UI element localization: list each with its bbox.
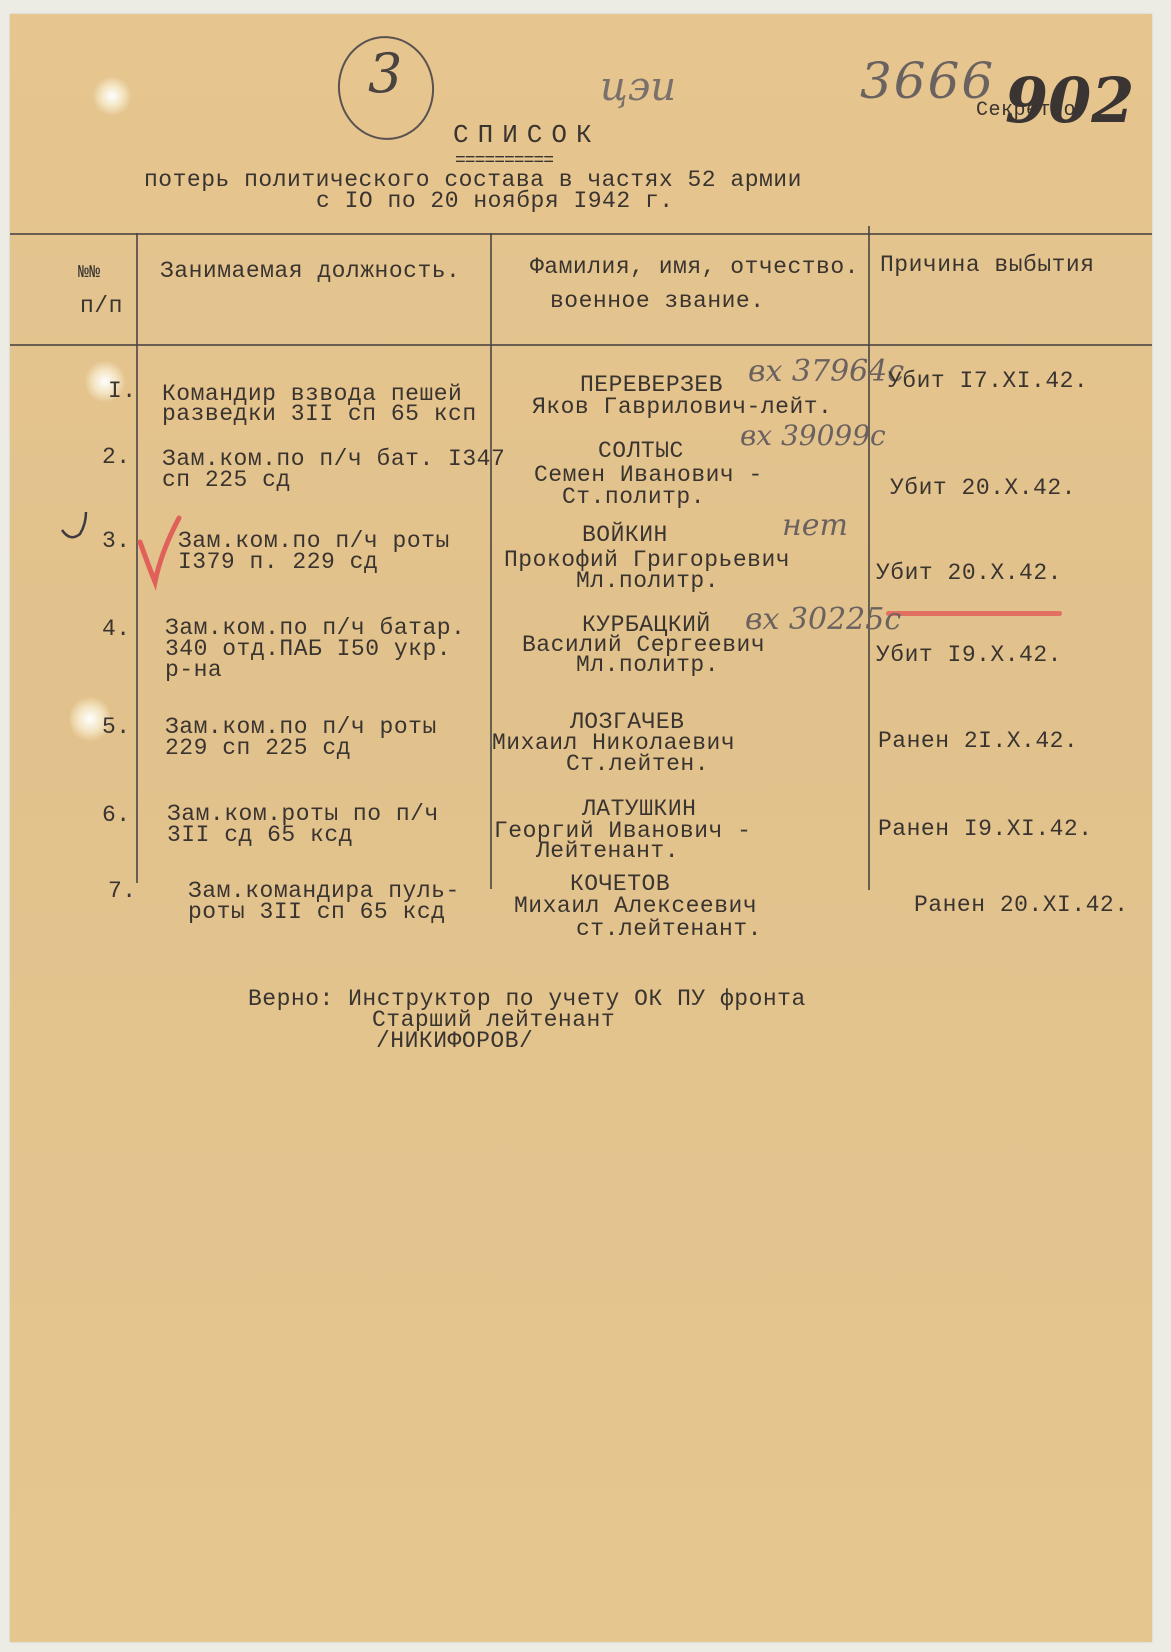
row-position-line: р-на	[165, 659, 222, 681]
table-header-bottom-border	[10, 344, 1152, 346]
header-reason: Причина выбытия	[880, 254, 1095, 276]
row-number: 6.	[102, 804, 131, 826]
row-reason: Ранен 2I.X.42.	[878, 730, 1078, 752]
row-name-line: Ст.лейтен.	[566, 753, 709, 775]
row-number: 5.	[102, 716, 131, 738]
row-name-line: Мл.политр.	[576, 570, 719, 592]
row-position-line: разведки 3II сп 65 ксп	[162, 403, 477, 425]
row-number: 3.	[102, 530, 131, 552]
circled-number: 3	[368, 42, 402, 105]
column-divider-2	[490, 233, 492, 889]
document-subtitle-line2: с IO по 20 ноября I942 г.	[316, 190, 674, 212]
row-reason: Убит 20.X.42.	[890, 477, 1076, 499]
red-underline	[886, 611, 1062, 616]
row-reason: Ранен 20.XI.42.	[914, 894, 1129, 916]
row-handwritten-ref: вх 30225с	[745, 602, 901, 637]
table-top-border	[10, 233, 1152, 235]
row-number: 4.	[102, 618, 131, 640]
row-name-line: ст.лейтенант.	[576, 918, 762, 940]
handwritten-note: цэи	[600, 64, 676, 110]
row-handwritten-ref: нет	[782, 508, 848, 543]
row-reason: Убит I7.XI.42.	[888, 370, 1088, 392]
row-number: 2.	[102, 446, 131, 468]
signer-name: /НИКИФОРОВ/	[376, 1030, 533, 1052]
row-name-line: Семен Иванович -	[534, 464, 763, 486]
header-name: Фамилия, имя, отчество.	[530, 256, 859, 278]
row-position-line: сп 225 сд	[162, 469, 291, 491]
paper-blot	[92, 76, 132, 116]
row-position-line: I379 п. 229 сд	[178, 551, 378, 573]
classification-label: Секретно	[976, 100, 1076, 122]
row-position-line: 3II сд 65 ксд	[167, 824, 353, 846]
row-handwritten-ref: вх 39099с	[740, 419, 886, 452]
header-position: Занимаемая должность.	[160, 260, 460, 282]
row-reason: Убит I9.X.42.	[876, 644, 1062, 666]
row-number: 7.	[108, 880, 137, 902]
row-surname: ЛАТУШКИН	[582, 798, 696, 820]
row-name-line: Михаил Алексеевич	[514, 895, 757, 917]
row-position-line: 229 сп 225 сд	[165, 737, 351, 759]
row-reason: Убит 20.X.42.	[876, 562, 1062, 584]
row-surname: ПЕРЕВЕРЗЕВ	[580, 374, 723, 396]
document-title: СПИСОК	[453, 124, 601, 146]
header-name-sub: военное звание.	[550, 290, 765, 312]
pencil-check-icon	[58, 506, 98, 546]
row-surname: СОЛТЫС	[598, 440, 684, 462]
header-number: №№	[78, 262, 101, 284]
row-name-line: Лейтенант.	[536, 840, 679, 862]
row-reason: Ранен I9.XI.42.	[878, 818, 1093, 840]
header-number-sub: п/п	[80, 295, 123, 317]
row-surname: ВОЙКИН	[582, 524, 668, 546]
row-name-line: Яков Гаврилович-лейт.	[532, 396, 832, 418]
handwritten-number-1: 3666	[860, 52, 995, 110]
row-name-line: Ст.политр.	[562, 486, 705, 508]
row-handwritten-ref: вх 37964с	[748, 354, 904, 389]
document-page: 3 цэи 3666 902 Секретно СПИСОК =========…	[10, 14, 1152, 1642]
column-divider-3	[868, 226, 870, 890]
row-number: I.	[108, 380, 137, 402]
row-surname: КОЧЕТОВ	[570, 873, 670, 895]
row-position-line: роты 3II сп 65 ксд	[188, 901, 445, 923]
row-name-line: Мл.политр.	[576, 654, 719, 676]
